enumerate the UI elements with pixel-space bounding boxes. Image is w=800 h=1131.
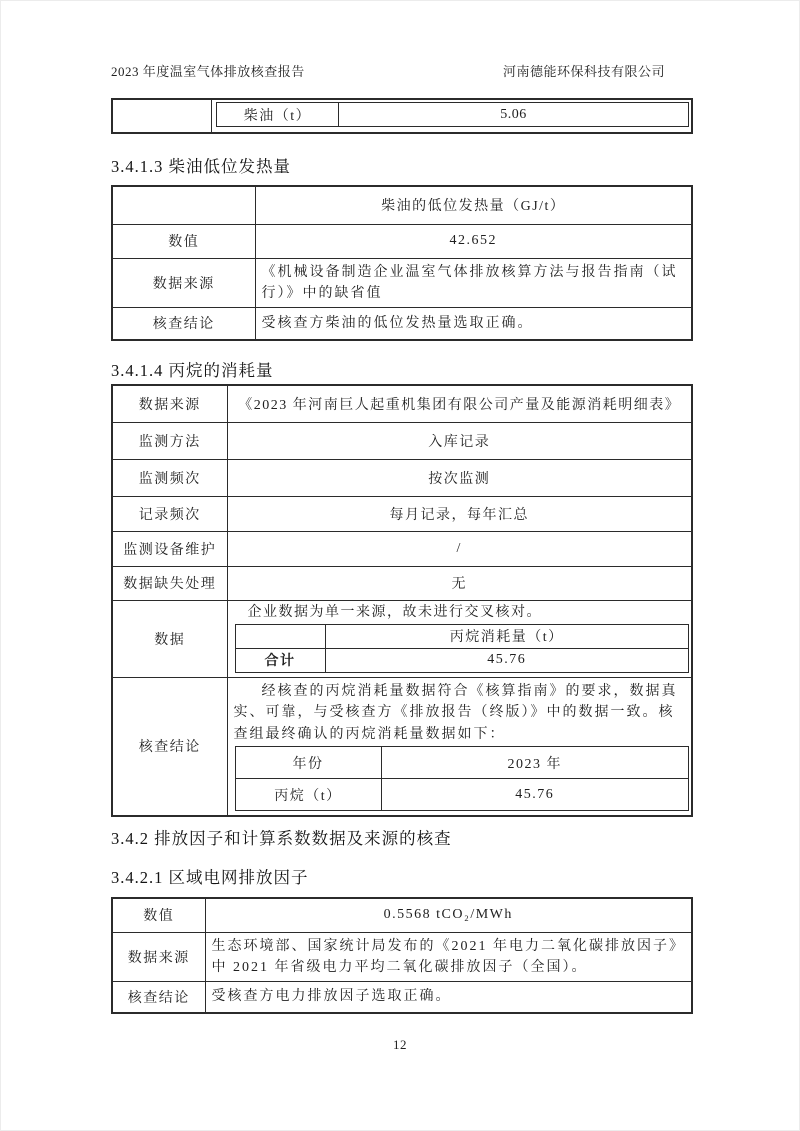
- row-value: 无: [227, 566, 692, 600]
- data-note: 企业数据为单一来源，故未进行交叉核对。: [228, 601, 692, 623]
- table-row: 丙烷消耗量（t）: [235, 624, 689, 648]
- total-value: 45.76: [325, 648, 689, 672]
- page-number: 12: [1, 1037, 799, 1053]
- nested-table-propane-total: 丙烷消耗量（t） 合计 45.76: [235, 624, 690, 673]
- table-row: 核查结论 受核查方柴油的低位发热量选取正确。: [112, 307, 692, 340]
- row-label: 数据来源: [112, 385, 227, 422]
- table-row: 记录频次 每月记录，每年汇总: [112, 496, 692, 531]
- table-row: 年份 2023 年: [235, 747, 689, 779]
- carryover-fuel-label: 柴油（t）: [217, 103, 339, 126]
- row-value: 按次监测: [227, 459, 692, 496]
- nested-table-confirmed-data: 年份 2023 年 丙烷（t） 45.76: [235, 746, 690, 811]
- table-diesel-heating-value: 柴油的低位发热量（GJ/t） 数值 42.652 数据来源 《机械设备制造企业温…: [111, 185, 693, 341]
- carryover-fuel-value: 5.06: [339, 103, 688, 126]
- row-value: 0.5568 tCO₂/MWh: [205, 898, 692, 932]
- row-value: 《2023 年河南巨人起重机集团有限公司产量及能源消耗明细表》: [227, 385, 692, 422]
- column-header-cell: 柴油的低位发热量（GJ/t）: [255, 186, 692, 224]
- row-value: /: [227, 531, 692, 566]
- table-row: 数据来源 《2023 年河南巨人起重机集团有限公司产量及能源消耗明细表》: [112, 385, 692, 422]
- table-grid-emission-factor: 数值 0.5568 tCO₂/MWh 数据来源 生态环境部、国家统计局发布的《2…: [111, 897, 693, 1014]
- header-company-name: 河南德能环保科技有限公司: [503, 63, 693, 81]
- carryover-empty-cell: [113, 100, 212, 132]
- row-label: 监测方法: [112, 422, 227, 459]
- table-row: 柴油的低位发热量（GJ/t）: [112, 186, 692, 224]
- row-value: 《机械设备制造企业温室气体排放核算方法与报告指南（试行）》中的缺省值: [255, 258, 692, 307]
- conclusion-paragraph: 经核查的丙烷消耗量数据符合《核算指南》的要求，数据真实、可靠，与受核查方《排放报…: [228, 678, 692, 746]
- empty-header-cell: [112, 186, 255, 224]
- total-label: 合计: [235, 648, 325, 672]
- document-page: 2023 年度温室气体排放核查报告 河南德能环保科技有限公司 柴油（t） 5.0…: [0, 0, 800, 1131]
- header-report-title: 2023 年度温室气体排放核查报告: [111, 63, 305, 81]
- page-content: 2023 年度温室气体排放核查报告 河南德能环保科技有限公司 柴油（t） 5.0…: [111, 63, 693, 1014]
- section-heading-propane: 3.4.1.4 丙烷的消耗量: [111, 359, 693, 382]
- row-label: 数值: [112, 224, 255, 258]
- table-propane-consumption: 数据来源 《2023 年河南巨人起重机集团有限公司产量及能源消耗明细表》 监测方…: [111, 384, 693, 817]
- row-value: 每月记录，每年汇总: [227, 496, 692, 531]
- page-header: 2023 年度温室气体排放核查报告 河南德能环保科技有限公司: [111, 63, 693, 81]
- propane-value: 45.76: [381, 779, 689, 811]
- conclusion-cell: 经核查的丙烷消耗量数据符合《核算指南》的要求，数据真实、可靠，与受核查方《排放报…: [227, 677, 692, 816]
- row-value: 受核查方电力排放因子选取正确。: [205, 981, 692, 1013]
- row-value: 42.652: [255, 224, 692, 258]
- table-row: 数据来源 生态环境部、国家统计局发布的《2021 年电力二氧化碳排放因子》中 2…: [112, 932, 692, 981]
- row-label: 数据: [112, 600, 227, 677]
- carryover-nested-area: 柴油（t） 5.06: [212, 100, 691, 132]
- table-row-data: 数据 企业数据为单一来源，故未进行交叉核对。 丙烷消耗量（t） 合计 45.76: [112, 600, 692, 677]
- section-heading-diesel-heating: 3.4.1.3 柴油低位发热量: [111, 155, 693, 178]
- table-row: 数值 42.652: [112, 224, 692, 258]
- year-value: 2023 年: [381, 747, 689, 779]
- table-row-conclusion: 核查结论 经核查的丙烷消耗量数据符合《核算指南》的要求，数据真实、可靠，与受核查…: [112, 677, 692, 816]
- row-label: 数据缺失处理: [112, 566, 227, 600]
- row-label: 数据来源: [112, 932, 205, 981]
- row-label: 数据来源: [112, 258, 255, 307]
- table-row: 监测频次 按次监测: [112, 459, 692, 496]
- row-label: 核查结论: [112, 677, 227, 816]
- year-label: 年份: [235, 747, 381, 779]
- data-cell: 企业数据为单一来源，故未进行交叉核对。 丙烷消耗量（t） 合计 45.76: [227, 600, 692, 677]
- carryover-table: 柴油（t） 5.06: [111, 98, 693, 134]
- carryover-nested-table: 柴油（t） 5.06: [216, 102, 689, 127]
- table-row: 核查结论 受核查方电力排放因子选取正确。: [112, 981, 692, 1013]
- row-label: 核查结论: [112, 307, 255, 340]
- table-row: 丙烷（t） 45.76: [235, 779, 689, 811]
- row-label: 核查结论: [112, 981, 205, 1013]
- row-label: 监测频次: [112, 459, 227, 496]
- table-row: 数据来源 《机械设备制造企业温室气体排放核算方法与报告指南（试行）》中的缺省值: [112, 258, 692, 307]
- row-value: 生态环境部、国家统计局发布的《2021 年电力二氧化碳排放因子》中 2021 年…: [205, 932, 692, 981]
- row-label: 监测设备维护: [112, 531, 227, 566]
- row-value: 入库记录: [227, 422, 692, 459]
- column-header-cell: 丙烷消耗量（t）: [325, 624, 689, 648]
- propane-label: 丙烷（t）: [235, 779, 381, 811]
- row-value: 受核查方柴油的低位发热量选取正确。: [255, 307, 692, 340]
- row-label: 数值: [112, 898, 205, 932]
- empty-header-cell: [235, 624, 325, 648]
- section-heading-grid-factor: 3.4.2.1 区域电网排放因子: [111, 866, 693, 889]
- section-heading-emission-factor: 3.4.2 排放因子和计算系数数据及来源的核查: [111, 827, 693, 850]
- table-row: 数值 0.5568 tCO₂/MWh: [112, 898, 692, 932]
- table-row: 合计 45.76: [235, 648, 689, 672]
- row-label: 记录频次: [112, 496, 227, 531]
- table-row: 监测设备维护 /: [112, 531, 692, 566]
- table-row: 监测方法 入库记录: [112, 422, 692, 459]
- table-row: 数据缺失处理 无: [112, 566, 692, 600]
